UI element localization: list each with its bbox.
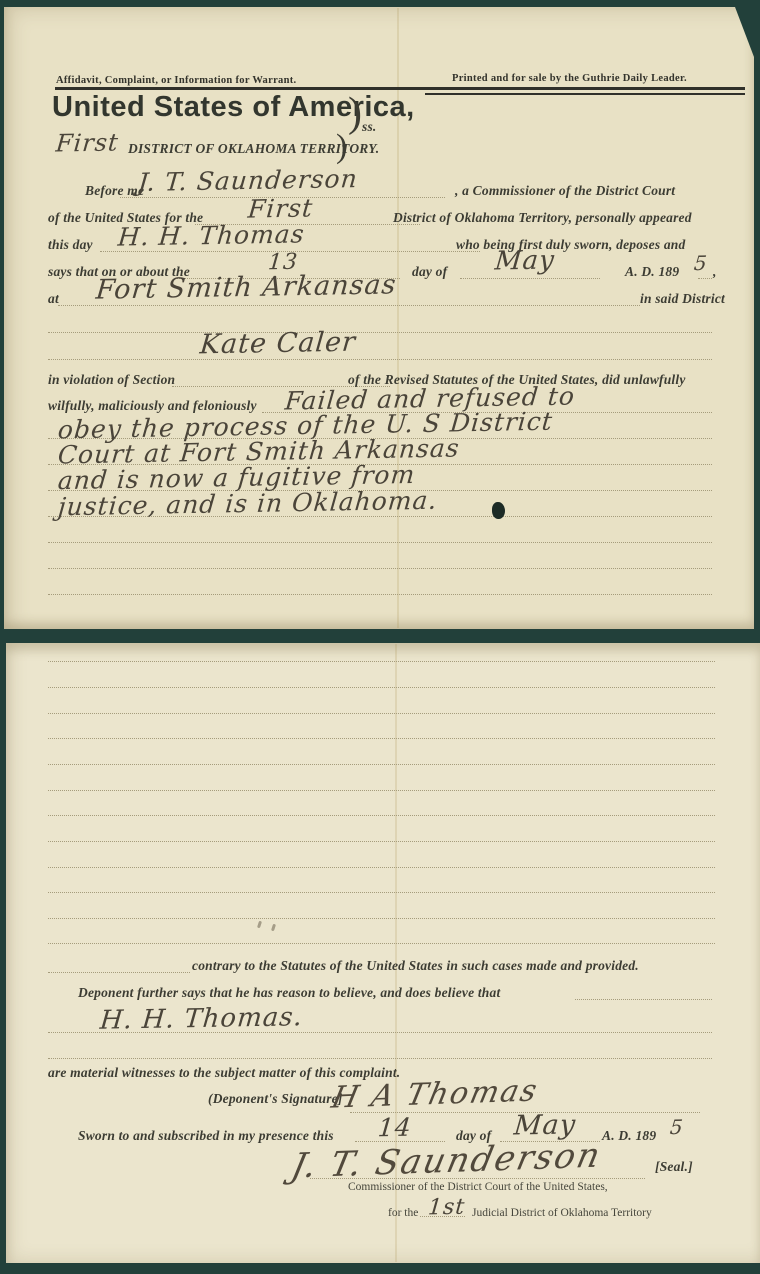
month-handwritten: May (494, 247, 556, 274)
sworn-clause-label: who being first duly sworn, deposes and (456, 238, 685, 252)
venue-bracket-top: ) (348, 92, 362, 134)
charge-line-5-handwritten: justice, and is in Oklahoma. (57, 488, 439, 520)
ruled-line (48, 943, 715, 944)
sworn-month-handwritten: May (513, 1111, 577, 1139)
ruled-line (48, 713, 715, 714)
ruled-line (48, 918, 715, 919)
ruled-line (48, 764, 715, 765)
deponent-name-handwritten: H. H. Thomas (117, 221, 306, 249)
ruled-line (48, 892, 715, 893)
judicial-district-label: Judicial District of Oklahoma Territory (472, 1208, 652, 1220)
violation-of-section-label: in violation of Section (48, 373, 175, 387)
ruled-line (48, 790, 715, 791)
header-rule-secondary (425, 93, 745, 95)
witness-name-handwritten: H. H. Thomas. (99, 1004, 304, 1034)
venue-bracket-bottom: ) (336, 130, 347, 164)
ss-label: ss. (362, 120, 376, 134)
ruled-line (48, 687, 715, 688)
ruled-line (48, 332, 712, 333)
place-handwritten: Fort Smith Arkansas (95, 271, 398, 303)
judicial-number-handwritten: 1st (427, 1197, 466, 1220)
ruled-line (48, 568, 712, 569)
sworn-year-digit-handwritten: 5 (669, 1117, 684, 1137)
in-said-district-label: in said District (640, 292, 725, 306)
ruled-line (48, 972, 190, 973)
ruled-line (48, 1058, 712, 1059)
ruled-line (48, 661, 715, 662)
header-rule (55, 87, 745, 90)
year-digit-handwritten: 5 (693, 253, 708, 273)
ruled-line (48, 594, 712, 595)
day-of-label: day of (412, 265, 447, 279)
wilfully-label: wilfully, maliciously and feloniously (48, 399, 257, 413)
ruled-line (58, 305, 640, 306)
ruled-line (460, 278, 600, 279)
sworn-day-handwritten: 14 (377, 1115, 413, 1141)
printer-credit-label: Printed and for sale by the Guthrie Dail… (452, 74, 687, 85)
form-title-label: Affidavit, Complaint, or Information for… (56, 76, 296, 87)
ruled-line (48, 542, 712, 543)
for-the-label: for the (388, 1208, 418, 1220)
ruled-line (48, 841, 715, 842)
seal-label: [Seal.] (655, 1160, 693, 1174)
ad-year-label: A. D. 189 (625, 265, 679, 279)
commissioner-title-label: , a Commissioner of the District Court (455, 184, 675, 198)
ruled-line (48, 359, 712, 360)
comma-label: , (713, 265, 717, 279)
district-appeared-label: District of Oklahoma Territory, personal… (393, 211, 692, 225)
district-name-handwritten: First (247, 195, 314, 221)
deponent-signature-handwritten: H A Thomas (329, 1076, 541, 1113)
commissioner-name-handwritten: J. T. Saunderson (137, 166, 359, 195)
ruled-line (575, 999, 712, 1000)
before-me-label: Before me (85, 184, 144, 198)
commissioner-title-line: Commissioner of the District Court of th… (348, 1182, 608, 1194)
ruled-line (48, 815, 715, 816)
contrary-label: contrary to the Statutes of the United S… (192, 959, 639, 973)
deponent-signature-label: (Deponent's Signature] (208, 1092, 343, 1106)
believe-label: Deponent further says that he has reason… (78, 986, 500, 1000)
district-number-handwritten: First (55, 130, 120, 155)
ruled-line (48, 867, 715, 868)
ruled-line (48, 738, 715, 739)
sworn-ad-year-label: A. D. 189 (602, 1129, 656, 1143)
ruled-line (698, 278, 712, 279)
accused-name-handwritten: Kate Caler (199, 329, 357, 359)
at-label: at (48, 292, 59, 306)
commissioner-signature-handwritten: J. T. Saunderson (288, 1138, 604, 1183)
sworn-before-label: Sworn to and subscribed in my presence t… (78, 1129, 334, 1143)
ink-blot (492, 502, 505, 519)
this-day-label: this day (48, 238, 93, 252)
scanned-affidavit-document: Affidavit, Complaint, or Information for… (0, 0, 760, 1274)
material-witnesses-label: are material witnesses to the subject ma… (48, 1066, 400, 1080)
